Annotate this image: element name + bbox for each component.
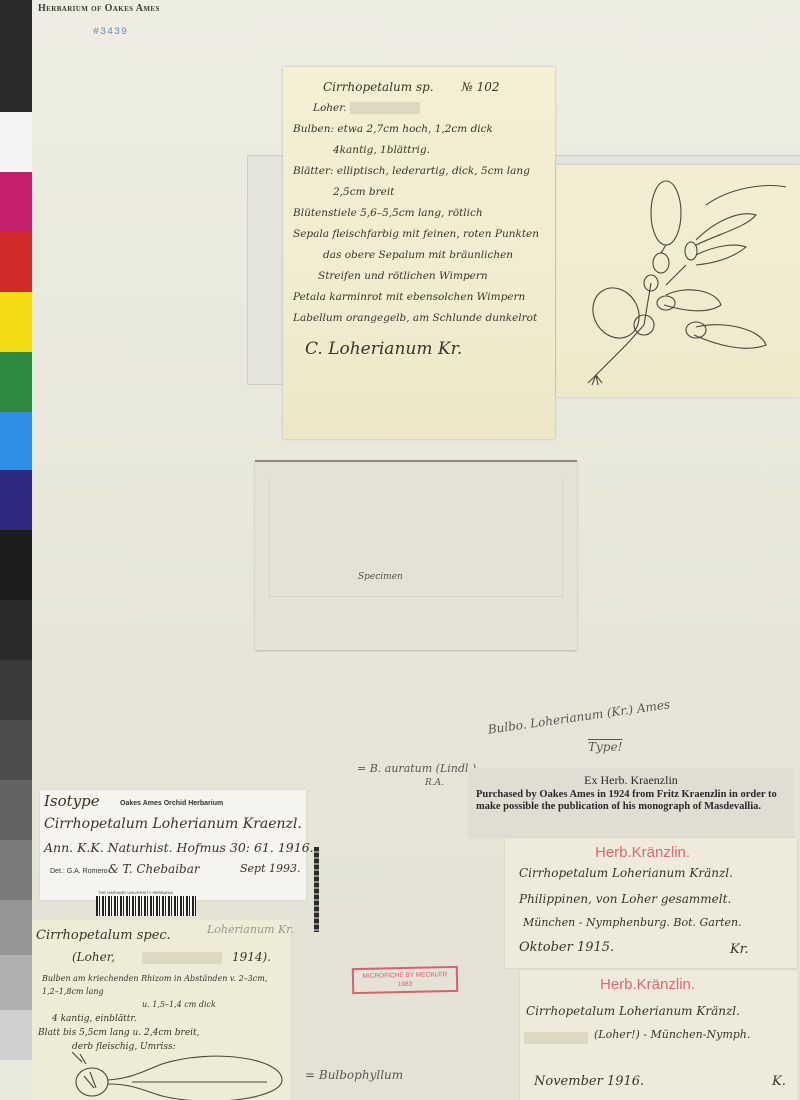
kranzlin-stamp: Herb.Kränzlin.	[600, 976, 695, 993]
kranzlin-1-species: Cirrhopetalum Loherianum Kränzl.	[519, 866, 733, 880]
handwritten-card: Loherianum Kr. Cirrhopetalum spec. (Lohe…	[32, 920, 290, 1100]
letter-line: Petala karminrot mit ebensolchen Wimpern	[293, 287, 545, 308]
swatch-yellow	[0, 292, 32, 352]
letter-title: Cirrhopetalum sp.	[323, 80, 434, 94]
swatch-gray-4	[0, 720, 32, 780]
card-year: 1914).	[232, 950, 271, 964]
swatch-gray-9	[0, 1010, 32, 1060]
isotype-status: Isotype	[44, 792, 100, 810]
synonym-initials: R.A.	[425, 778, 444, 788]
leaf-sketch-icon	[62, 1052, 292, 1100]
kranzlin-1-locality: Philippinen, von Loher gesammelt.	[519, 892, 731, 906]
isotype-det-prefix: Det.: G.A. Romero	[50, 868, 108, 875]
card-line: derb fleischig, Umriss:	[72, 1042, 176, 1052]
letter-line: Labellum orangegelb, am Schlunde dunkelr…	[293, 308, 545, 329]
vertical-scale-bar	[314, 847, 319, 932]
plant-drawing	[556, 165, 800, 397]
letter-line: 2,5cm breit	[293, 182, 545, 203]
swatch-magenta	[0, 172, 32, 232]
isotype-date: Sept 1993.	[240, 862, 301, 875]
letter-line: Sepala fleischfarbig mit feinen, roten P…	[293, 224, 545, 245]
kranzlin-1-place: München - Nymphenburg. Bot. Garten.	[523, 916, 742, 929]
isotype-publication: Ann. K.K. Naturhist. Hofmus 30: 61. 1916…	[44, 840, 314, 855]
letter-collector: Loher.	[313, 102, 346, 114]
packet-flap	[269, 476, 563, 597]
packet-label: Specimen	[358, 572, 403, 582]
swatch-gray-7	[0, 900, 32, 955]
swatch-green	[0, 352, 32, 412]
synonym-annotation: = B. auratum (Lindl.)	[357, 762, 476, 775]
kranzlin-2-initials: K.	[772, 1074, 786, 1089]
isotype-institution: Oakes Ames Orchid Herbarium	[120, 800, 223, 807]
swatch-gray-1	[0, 530, 32, 600]
swatch-gray-2	[0, 600, 32, 660]
kranzlin-stamp: Herb.Kränzlin.	[595, 844, 690, 861]
ex-herb-label: Ex Herb. Kraenzlin Purchased by Oakes Am…	[468, 768, 794, 838]
barcode-caption: THE HARVARD UNIVERSITY HERBARIA	[98, 890, 173, 895]
accession-number: #3439	[93, 27, 128, 38]
kranzlin-1-date: Oktober 1915.	[519, 940, 614, 955]
kranzlin-label-1: Herb.Kränzlin. Cirrhopetalum Loherianum …	[505, 838, 797, 968]
card-line: 4 kantig, einblättr.	[52, 1014, 137, 1024]
kranzlin-2-locality: (Loher!) - München-Nymph.	[594, 1028, 750, 1041]
isotype-species: Cirrhopetalum Loherianum Kraenzl.	[44, 816, 302, 832]
isotype-label: Isotype Oakes Ames Orchid Herbarium Cirr…	[40, 790, 306, 900]
swatch-gray-3	[0, 660, 32, 720]
barcode	[96, 896, 196, 916]
kranzlin-2-date: November 1916.	[534, 1074, 644, 1089]
letter-line: Blätter: elliptisch, lederartig, dick, 5…	[293, 161, 545, 182]
kranzlin-2-species: Cirrhopetalum Loherianum Kränzl.	[526, 1004, 740, 1018]
card-title: Cirrhopetalum spec.	[36, 928, 171, 943]
letter-line: Streifen und rötlichen Wimpern	[293, 266, 545, 287]
letter-line: Bulben: etwa 2,7cm hoch, 1,2cm dick	[293, 119, 545, 140]
letter-line: 4kantig, 1blättrig.	[293, 140, 545, 161]
redacted-area	[350, 102, 420, 114]
letter-line: das obere Sepalum mit bräunlichen	[293, 245, 545, 266]
kranzlin-label-2: Herb.Kränzlin. Cirrhopetalum Loherianum …	[520, 970, 798, 1100]
genus-annotation: = Bulbophyllum	[305, 1068, 403, 1082]
orchid-sketch-icon	[556, 165, 800, 397]
card-line: u. 1,5–1,4 cm dick	[142, 1000, 216, 1009]
color-calibration-strip	[0, 0, 32, 1100]
card-line: Blatt bis 5,5cm lang u. 2,4cm breit,	[38, 1028, 200, 1038]
swatch-black	[0, 0, 32, 112]
handwritten-description-letter: Cirrhopetalum sp. № 102 Loher. Bulben: e…	[283, 67, 555, 439]
ex-herb-body: Purchased by Oakes Ames in 1924 from Fri…	[468, 788, 794, 813]
swatch-indigo	[0, 470, 32, 530]
herbarium-title: Herbarium of Oakes Ames	[38, 3, 160, 14]
isotype-det-names: & T. Chebaibar	[108, 862, 200, 876]
redacted-area	[524, 1032, 588, 1044]
card-line: Bulben am kriechenden Rhizom in Abstände…	[42, 972, 282, 998]
kranzlin-1-initials: Kr.	[730, 942, 749, 957]
letter-number: № 102	[461, 80, 499, 94]
swatch-white	[0, 112, 32, 172]
ex-herb-title: Ex Herb. Kraenzlin	[468, 773, 794, 788]
type-annotation: Type!	[588, 740, 622, 754]
redacted-area	[142, 952, 222, 964]
specimen-packet[interactable]: Specimen	[255, 460, 577, 650]
microfiche-stamp: MICROFICHE BY MECKLER 1983	[352, 966, 459, 994]
swatch-blue	[0, 412, 32, 470]
swatch-gray-6	[0, 840, 32, 900]
swatch-red	[0, 232, 32, 292]
card-top-note: Loherianum Kr.	[207, 923, 294, 936]
swatch-gray-8	[0, 955, 32, 1010]
swatch-gray-5	[0, 780, 32, 840]
letter-line: Blütenstiele 5,6–5,5cm lang, rötlich	[293, 203, 545, 224]
letter-signature: C. Loherianum Kr.	[305, 339, 545, 359]
card-collector: (Loher,	[72, 950, 115, 964]
